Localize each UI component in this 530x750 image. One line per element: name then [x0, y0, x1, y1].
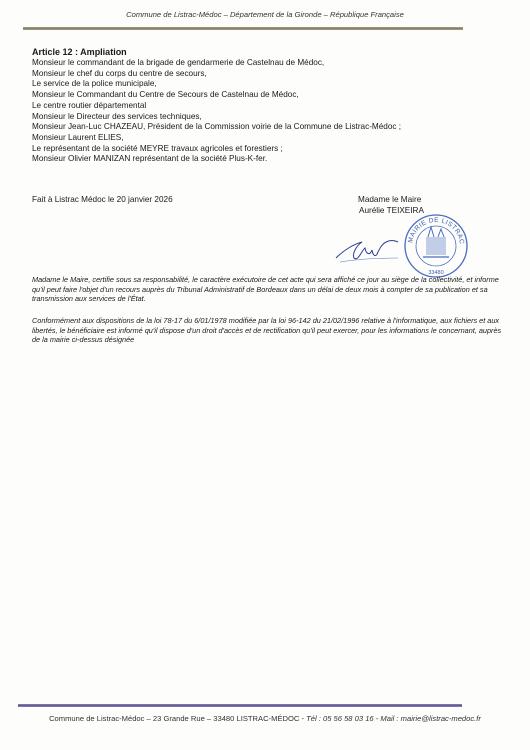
handwritten-signature: [332, 228, 402, 268]
recipient-line: Le centre routier départemental: [32, 101, 502, 112]
recipient-line: Le représentant de la société MEYRE trav…: [32, 144, 502, 155]
recipient-list: Monsieur le commandant de la brigade de …: [32, 58, 502, 165]
document-page: Commune de Listrac-Médoc – Département d…: [0, 0, 530, 750]
data-protection-notice: Conformément aux dispositions de la loi …: [32, 316, 504, 345]
recipient-line: Monsieur Olivier MANIZAN représentant de…: [32, 154, 502, 165]
signer-title: Madame le Maire: [358, 195, 424, 206]
footer-divider: [18, 704, 462, 707]
footer-address: Commune de Listrac-Médoc – 23 Grande Rue…: [0, 714, 530, 723]
recipient-line: Monsieur le Directeur des services techn…: [32, 112, 502, 123]
recipient-line: Monsieur le commandant de la brigade de …: [32, 58, 502, 69]
recipient-line: Monsieur Laurent ELIES,: [32, 133, 502, 144]
article-ampliation: Article 12 : Ampliation Monsieur le comm…: [32, 47, 502, 165]
recipient-line: Monsieur Jean-Luc CHAZEAU, Président de …: [32, 122, 502, 133]
article-title: Article 12 : Ampliation: [32, 47, 502, 58]
footer-address-text: Commune de Listrac-Médoc – 23 Grande Rue…: [49, 714, 306, 723]
recipient-line: Le service de la police municipale,: [32, 79, 502, 90]
letterhead-text: Commune de Listrac-Médoc – Département d…: [0, 10, 530, 19]
certification-notice: Madame le Maire, certifie sous sa respon…: [32, 275, 504, 304]
recipient-line: Monsieur le Commandant du Centre de Seco…: [32, 90, 502, 101]
mairie-stamp-icon: MAIRIE DE LISTRAC MEDOC 33480: [403, 213, 469, 279]
footer-contact: Tél : 05 56 58 03 16 - Mail : mairie@lis…: [306, 714, 481, 723]
recipient-line: Monsieur le chef du corps du centre de s…: [32, 69, 502, 80]
header-divider: [23, 27, 463, 30]
place-date: Fait à Listrac Médoc le 20 janvier 2026: [32, 195, 173, 204]
